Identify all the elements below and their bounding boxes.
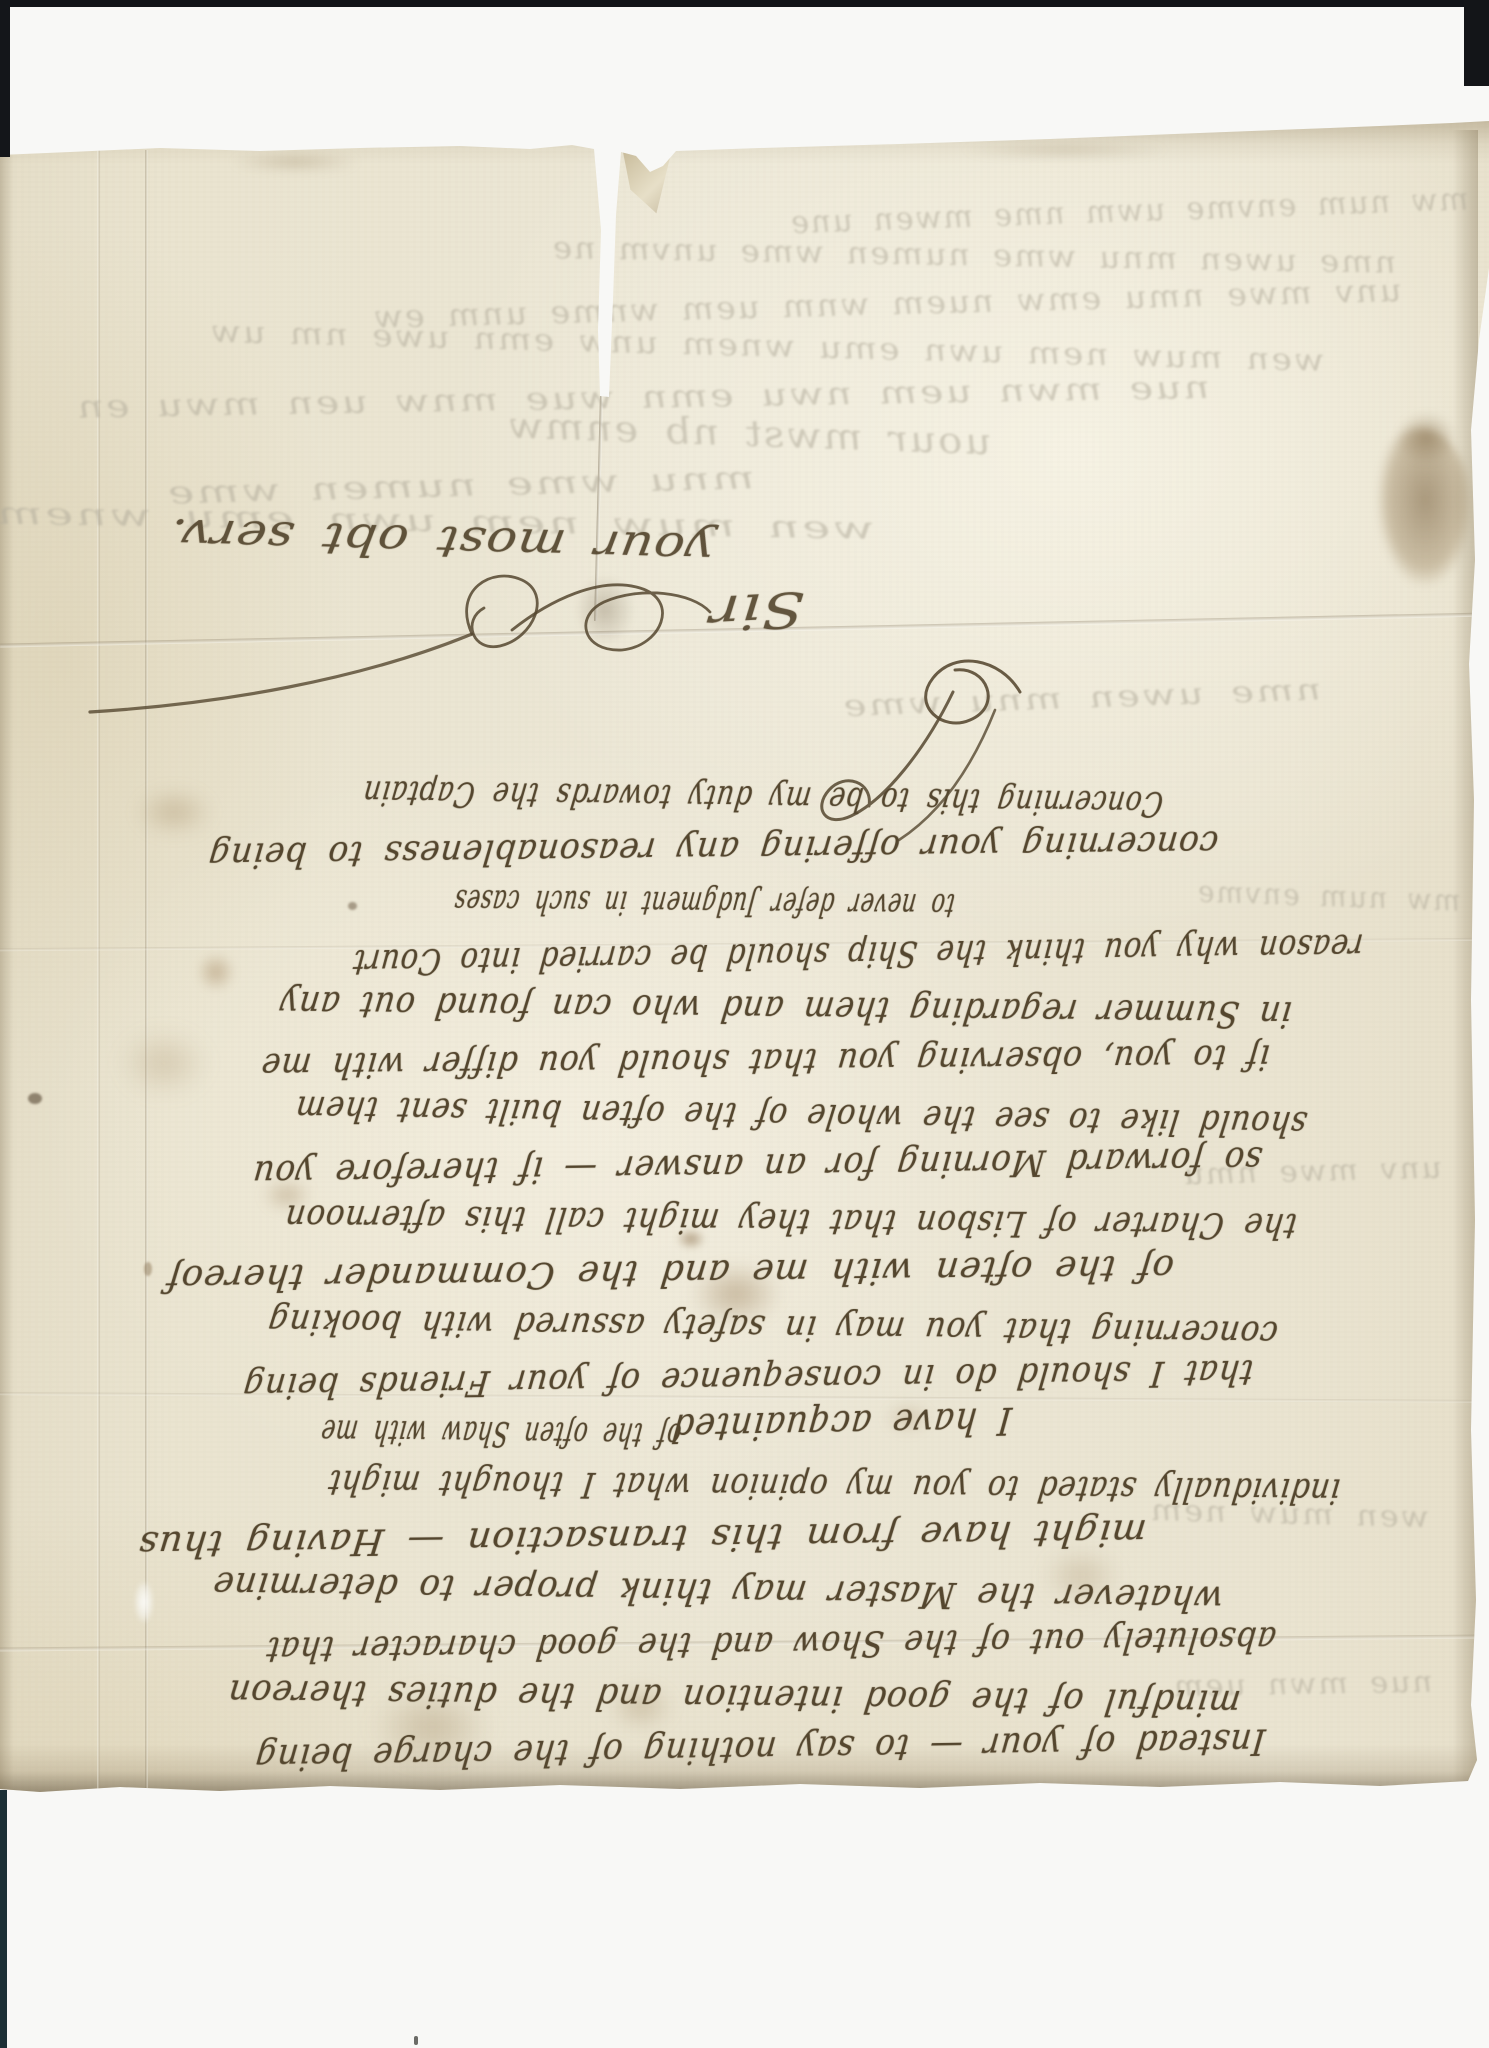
paper-right-edge-shade <box>1452 130 1478 1790</box>
letter-paper: mw num envme uwm nme mwen unenme uwen mn… <box>0 0 1489 2048</box>
ink-stain-large-top <box>1396 412 1456 464</box>
scanner-edge-bottom-left <box>0 1790 7 2048</box>
paper-left-edge-shade <box>0 150 14 1795</box>
handwriting-line: to never defer Judgment in such cases <box>212 880 956 925</box>
scanner-edge-top <box>0 0 1489 7</box>
handwriting-line: Sir <box>728 580 806 640</box>
handwriting-line: of the often Shaw with me <box>149 1409 683 1454</box>
paper-top-edge-shade <box>0 120 1489 164</box>
ink-speck <box>28 1093 42 1104</box>
handwriting-line: I have acquainted <box>628 1399 1014 1451</box>
scanner-edge-right <box>1464 0 1489 86</box>
tear-pucker-shadow <box>575 575 635 645</box>
scanner-debris-speck <box>414 2036 418 2045</box>
scanner-edge-left <box>0 0 10 157</box>
edge-smudge <box>960 142 1170 158</box>
scanned-letter-page: mw num envme uwm nme mwen unenme uwen mn… <box>0 0 1489 2048</box>
edge-smudge <box>230 152 360 172</box>
